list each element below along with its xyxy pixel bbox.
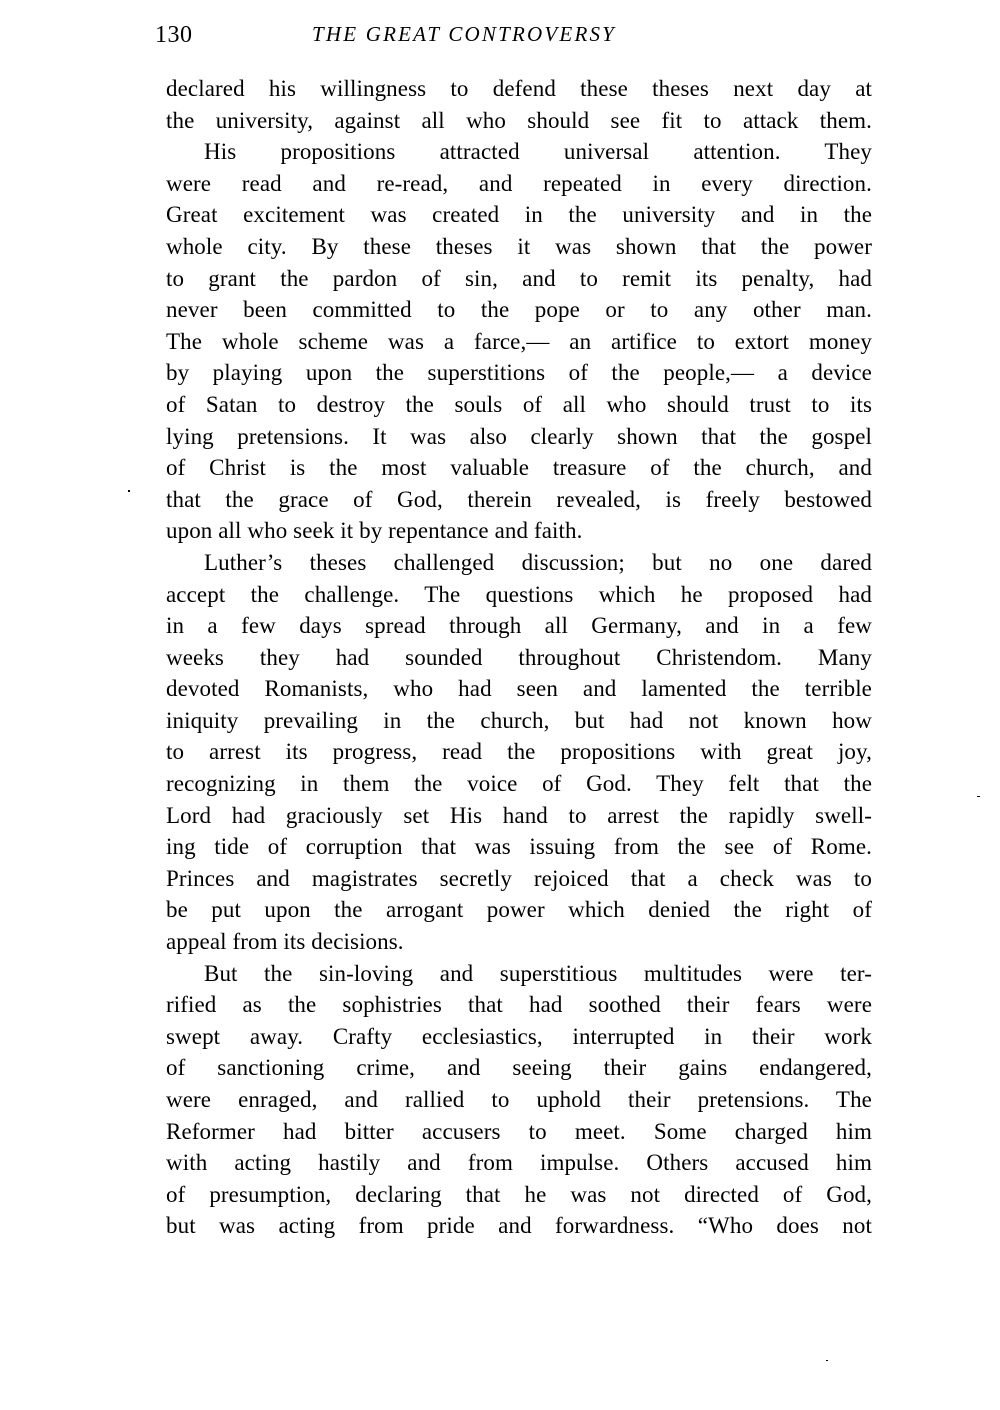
text-line: the university, against all who should s… <box>166 105 872 137</box>
text-line: with acting hastily and from impulse. Ot… <box>166 1147 872 1179</box>
text-line: of presumption, declaring that he was no… <box>166 1179 872 1211</box>
text-line: were read and re-read, and repeated in e… <box>166 168 872 200</box>
text-line: whole city. By these theses it was shown… <box>166 231 872 263</box>
text-line: ing tide of corruption that was issuing … <box>166 831 872 863</box>
running-head: 130 THE GREAT CONTROVERSY <box>155 22 875 52</box>
text-line: of sanctioning crime, and seeing their g… <box>166 1052 872 1084</box>
paragraph-start-line: His propositions attracted universal att… <box>166 136 872 168</box>
text-line: iniquity prevailing in the church, but h… <box>166 705 872 737</box>
text-line: recognizing in them the voice of God. Th… <box>166 768 872 800</box>
page-number: 130 <box>155 22 193 49</box>
text-line: never been committed to the pope or to a… <box>166 294 872 326</box>
text-line: that the grace of God, therein revealed,… <box>166 484 872 516</box>
text-line: The whole scheme was a farce,— an artifi… <box>166 326 872 358</box>
text-line: to grant the pardon of sin, and to remit… <box>166 263 872 295</box>
scan-speck <box>826 1360 828 1361</box>
paragraph-start-line: But the sin-loving and superstitious mul… <box>166 958 872 990</box>
text-line: devoted Romanists, who had seen and lame… <box>166 673 872 705</box>
text-line: Reformer had bitter accusers to meet. So… <box>166 1116 872 1148</box>
text-line: of Christ is the most valuable treasure … <box>166 452 872 484</box>
scan-speck <box>977 796 980 797</box>
text-line: weeks they had sounded throughout Christ… <box>166 642 872 674</box>
text-line: to arrest its progress, read the proposi… <box>166 736 872 768</box>
text-line: of Satan to destroy the souls of all who… <box>166 389 872 421</box>
text-line: Princes and magistrates secretly rejoice… <box>166 863 872 895</box>
text-line: swept away. Crafty ecclesiastics, interr… <box>166 1021 872 1053</box>
text-line: accept the challenge. The questions whic… <box>166 579 872 611</box>
book-page: 130 THE GREAT CONTROVERSY declared his w… <box>0 0 1000 1410</box>
text-line: declared his willingness to defend these… <box>166 73 872 105</box>
paragraph-start-line: Luther’s theses challenged discussion; b… <box>166 547 872 579</box>
text-line: lying pretensions. It was also clearly s… <box>166 421 872 453</box>
text-line: in a few days spread through all Germany… <box>166 610 872 642</box>
paragraph-end-line: upon all who seek it by repentance and f… <box>166 515 872 547</box>
text-line: but was acting from pride and forwardnes… <box>166 1210 872 1242</box>
text-line: Lord had graciously set His hand to arre… <box>166 800 872 832</box>
paragraph-end-line: appeal from its decisions. <box>166 926 872 958</box>
body-text: declared his willingness to defend these… <box>166 73 872 1242</box>
text-line: Great excitement was created in the univ… <box>166 199 872 231</box>
text-line: by playing upon the superstitions of the… <box>166 357 872 389</box>
text-line: were enraged, and rallied to uphold thei… <box>166 1084 872 1116</box>
text-line: rified as the sophistries that had sooth… <box>166 989 872 1021</box>
running-title: THE GREAT CONTROVERSY <box>312 22 616 47</box>
text-line: be put upon the arrogant power which den… <box>166 894 872 926</box>
scan-speck <box>128 490 130 492</box>
